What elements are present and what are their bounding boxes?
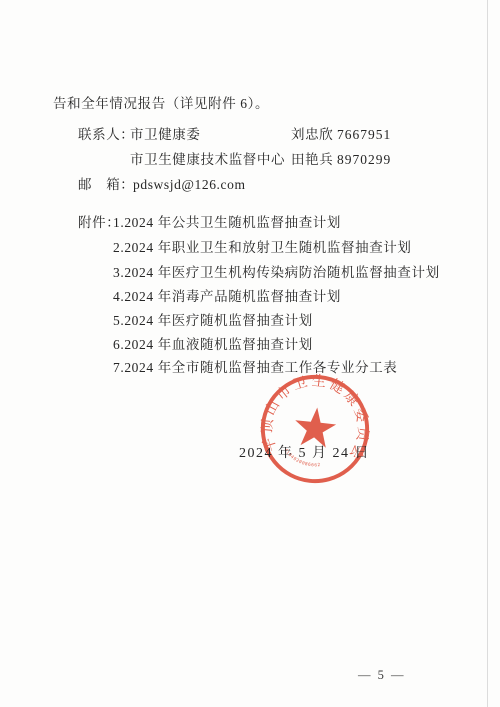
scanned-document-page: 告和全年情况报告（详见附件 6）。 联系人： 市卫健康委 刘忠欣 7667951… [0, 0, 500, 707]
email-label: 邮 箱： [78, 178, 134, 192]
official-seal-stamp: 平顶山市卫生健康委员会 4104020086662 [250, 364, 380, 494]
contact-org-2: 市卫生健康技术监督中心 [130, 153, 285, 167]
contact-phone-2: 8970299 [337, 153, 391, 167]
document-date: 2024 年 5 月 24 日 [239, 447, 370, 461]
attachment-item: 5.2024 年医疗随机监督抽查计划 [113, 314, 313, 328]
attachment-item: 4.2024 年消毒产品随机监督抽查计划 [113, 290, 341, 304]
attachment-item: 7.2024 年全市随机监督抽查工作各专业分工表 [113, 361, 397, 375]
body-text-line: 告和全年情况报告（详见附件 6）。 [53, 97, 269, 111]
contact-name-2: 田艳兵 [291, 153, 333, 167]
attachment-item: 6.2024 年血液随机监督抽查计划 [113, 338, 313, 352]
contact-phone-1: 7667951 [337, 128, 391, 142]
contact-name-1: 刘忠欣 [291, 128, 333, 142]
scan-edge-line [487, 0, 488, 707]
contact-label: 联系人： [78, 128, 134, 142]
attachment-item: 3.2024 年医疗卫生机构传染病防治随机监督抽查计划 [113, 266, 440, 280]
attachment-item: 2.2024 年职业卫生和放射卫生随机监督抽查计划 [113, 241, 412, 255]
seal-star-icon [293, 405, 338, 448]
contact-org-1: 市卫健康委 [130, 128, 201, 142]
attachment-item: 1.2024 年公共卫生随机监督抽查计划 [113, 216, 341, 230]
page-number: — 5 — [358, 669, 406, 682]
email-value: pdswsjd@126.com [133, 178, 246, 192]
